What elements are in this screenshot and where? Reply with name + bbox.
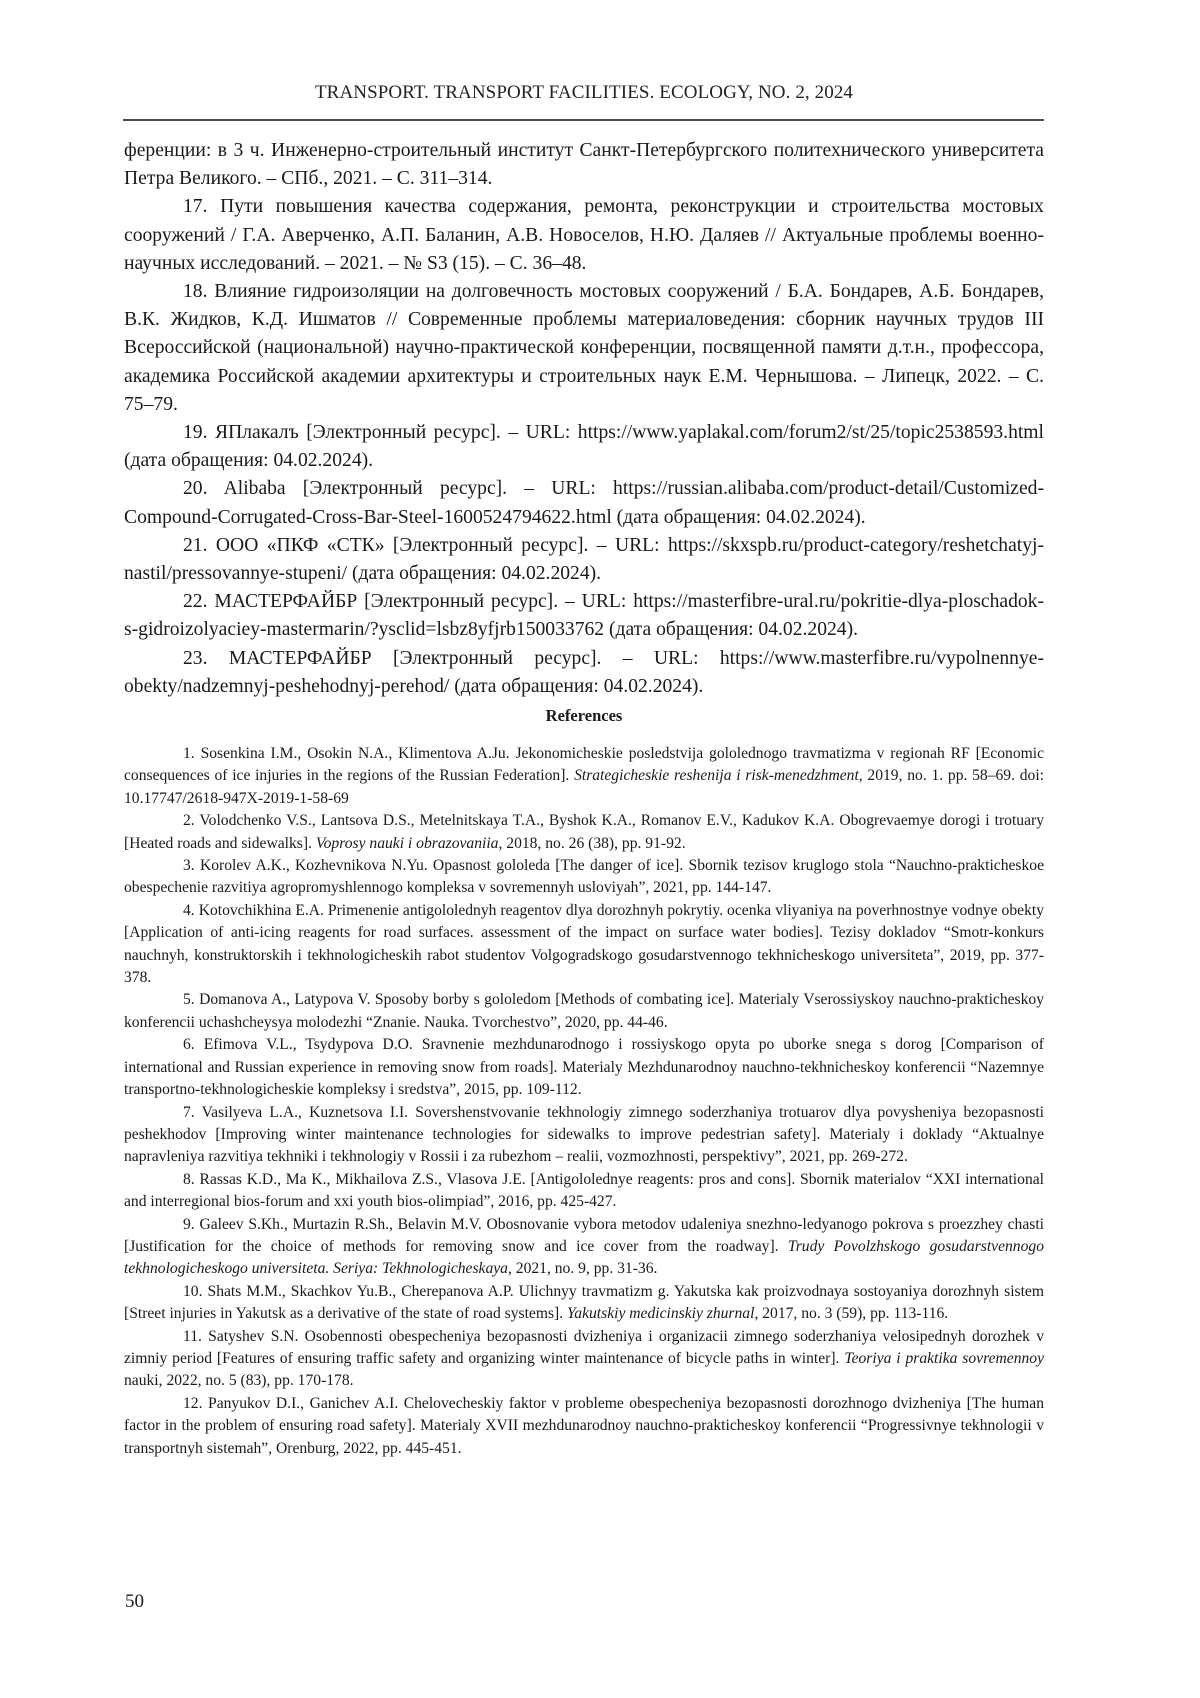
reference-text: Panyukov D.I., Ganichev A.I. Cheloveches… bbox=[124, 1395, 1044, 1457]
reference-item: 19. ЯПлакалъ [Электронный ресурс]. – URL… bbox=[124, 419, 1044, 475]
reference-item: 10. Shats M.M., Skachkov Yu.B., Cherepan… bbox=[124, 1281, 1044, 1326]
reference-item: 5. Domanova A., Latypova V. Sposoby borb… bbox=[124, 989, 1044, 1034]
reference-source-title: Voprosy nauki i obrazovaniia, bbox=[316, 835, 503, 852]
reference-source-title: Strategicheskie reshenija i risk-menedzh… bbox=[574, 767, 859, 784]
reference-text: Влияние гидроизоляции на долговечность м… bbox=[124, 281, 1044, 415]
reference-number: 5. bbox=[183, 991, 195, 1008]
reference-details: 2018, no. 26 (38), pp. 91-92. bbox=[502, 835, 685, 852]
reference-item: 4. Kotovchikhina E.A. Primenenie antigol… bbox=[124, 900, 1044, 990]
reference-number: 11. bbox=[183, 1328, 202, 1345]
reference-continuation: ференции: в 3 ч. Инженерно-строительный … bbox=[124, 137, 1044, 193]
reference-text: Korolev A.K., Kozhevnikova N.Yu. Opasnos… bbox=[124, 857, 1044, 896]
reference-item: 23. МАСТЕРФАЙБР [Электронный ресурс]. – … bbox=[124, 645, 1044, 701]
reference-number: 1. bbox=[183, 745, 195, 762]
reference-number: 2. bbox=[183, 812, 195, 829]
reference-text: Alibaba [Электронный ресурс]. – URL: htt… bbox=[124, 478, 1044, 527]
reference-source-title: Teoriya i praktika sovremennoy bbox=[844, 1350, 1044, 1367]
reference-number: 23. bbox=[183, 648, 208, 669]
reference-details: nauki, 2022, no. 5 (83), pp. 170-178. bbox=[124, 1372, 354, 1389]
reference-number: 4. bbox=[183, 902, 195, 919]
reference-number: 9. bbox=[183, 1216, 195, 1233]
reference-number: 3. bbox=[183, 857, 195, 874]
reference-number: 21. bbox=[183, 535, 208, 556]
reference-item: 6. Efimova V.L., Tsydypova D.O. Sravneni… bbox=[124, 1034, 1044, 1101]
reference-number: 8. bbox=[183, 1171, 195, 1188]
reference-number: 6. bbox=[183, 1036, 195, 1053]
reference-number: 22. bbox=[183, 591, 208, 612]
reference-source-title: Yakutskiy medicinskiy zhurnal bbox=[567, 1305, 754, 1322]
english-reference-list: 1. Sosenkina I.M., Osokin N.A., Klimento… bbox=[124, 743, 1044, 1460]
reference-number: 19. bbox=[183, 422, 208, 443]
reference-item: 22. МАСТЕРФАЙБР [Электронный ресурс]. – … bbox=[124, 588, 1044, 644]
reference-item: 11. Satyshev S.N. Osobennosti obespechen… bbox=[124, 1326, 1044, 1393]
reference-item: 18. Влияние гидроизоляции на долговечнос… bbox=[124, 278, 1044, 419]
reference-details: , 2017, no. 3 (59), pp. 113-116. bbox=[754, 1305, 948, 1322]
reference-item: 8. Rassas K.D., Ma K., Mikhailova Z.S., … bbox=[124, 1169, 1044, 1214]
reference-text: Domanova A., Latypova V. Sposoby borby s… bbox=[124, 991, 1044, 1030]
reference-number: 17. bbox=[183, 196, 208, 217]
reference-text: ЯПлакалъ [Электронный ресурс]. – URL: ht… bbox=[124, 422, 1044, 471]
running-head: TRANSPORT. TRANSPORT FACILITIES. ECOLOGY… bbox=[124, 82, 1044, 104]
header-divider bbox=[123, 119, 1044, 121]
reference-item: 17. Пути повышения качества содержания, … bbox=[124, 193, 1044, 278]
reference-details: , 2021, no. 9, pp. 31-36. bbox=[508, 1260, 657, 1277]
reference-text: Vasilyeva L.A., Kuznetsova I.I. Sovershe… bbox=[124, 1104, 1044, 1166]
reference-text: Kotovchikhina E.A. Primenenie antigolole… bbox=[124, 902, 1044, 986]
references-heading: References bbox=[124, 706, 1044, 726]
reference-text: Пути повышения качества содержания, ремо… bbox=[124, 196, 1044, 273]
reference-item: 2. Volodchenko V.S., Lantsova D.S., Mete… bbox=[124, 810, 1044, 855]
reference-number: 20. bbox=[183, 478, 208, 499]
reference-number: 12. bbox=[183, 1395, 203, 1412]
reference-item: 12. Panyukov D.I., Ganichev A.I. Chelove… bbox=[124, 1393, 1044, 1460]
reference-number: 7. bbox=[183, 1104, 195, 1121]
page-number: 50 bbox=[125, 1591, 144, 1613]
reference-item: 1. Sosenkina I.M., Osokin N.A., Klimento… bbox=[124, 743, 1044, 810]
reference-item: 3. Korolev A.K., Kozhevnikova N.Yu. Opas… bbox=[124, 855, 1044, 900]
reference-text: МАСТЕРФАЙБР [Электронный ресурс]. – URL:… bbox=[124, 591, 1044, 640]
reference-number: 18. bbox=[183, 281, 208, 302]
reference-number: 10. bbox=[183, 1283, 203, 1300]
reference-item: 21. ООО «ПКФ «СТК» [Электронный ресурс].… bbox=[124, 532, 1044, 588]
reference-text: МАСТЕРФАЙБР [Электронный ресурс]. – URL:… bbox=[124, 648, 1044, 697]
reference-item: 7. Vasilyeva L.A., Kuznetsova I.I. Sover… bbox=[124, 1102, 1044, 1169]
reference-item: 9. Galeev S.Kh., Murtazin R.Sh., Belavin… bbox=[124, 1214, 1044, 1281]
reference-item: 20. Alibaba [Электронный ресурс]. – URL:… bbox=[124, 475, 1044, 531]
reference-text: ООО «ПКФ «СТК» [Электронный ресурс]. – U… bbox=[124, 535, 1044, 584]
reference-text: Efimova V.L., Tsydypova D.O. Sravnenie m… bbox=[124, 1036, 1044, 1098]
russian-reference-list: ференции: в 3 ч. Инженерно-строительный … bbox=[124, 137, 1044, 701]
reference-text: Rassas K.D., Ma K., Mikhailova Z.S., Vla… bbox=[124, 1171, 1044, 1210]
